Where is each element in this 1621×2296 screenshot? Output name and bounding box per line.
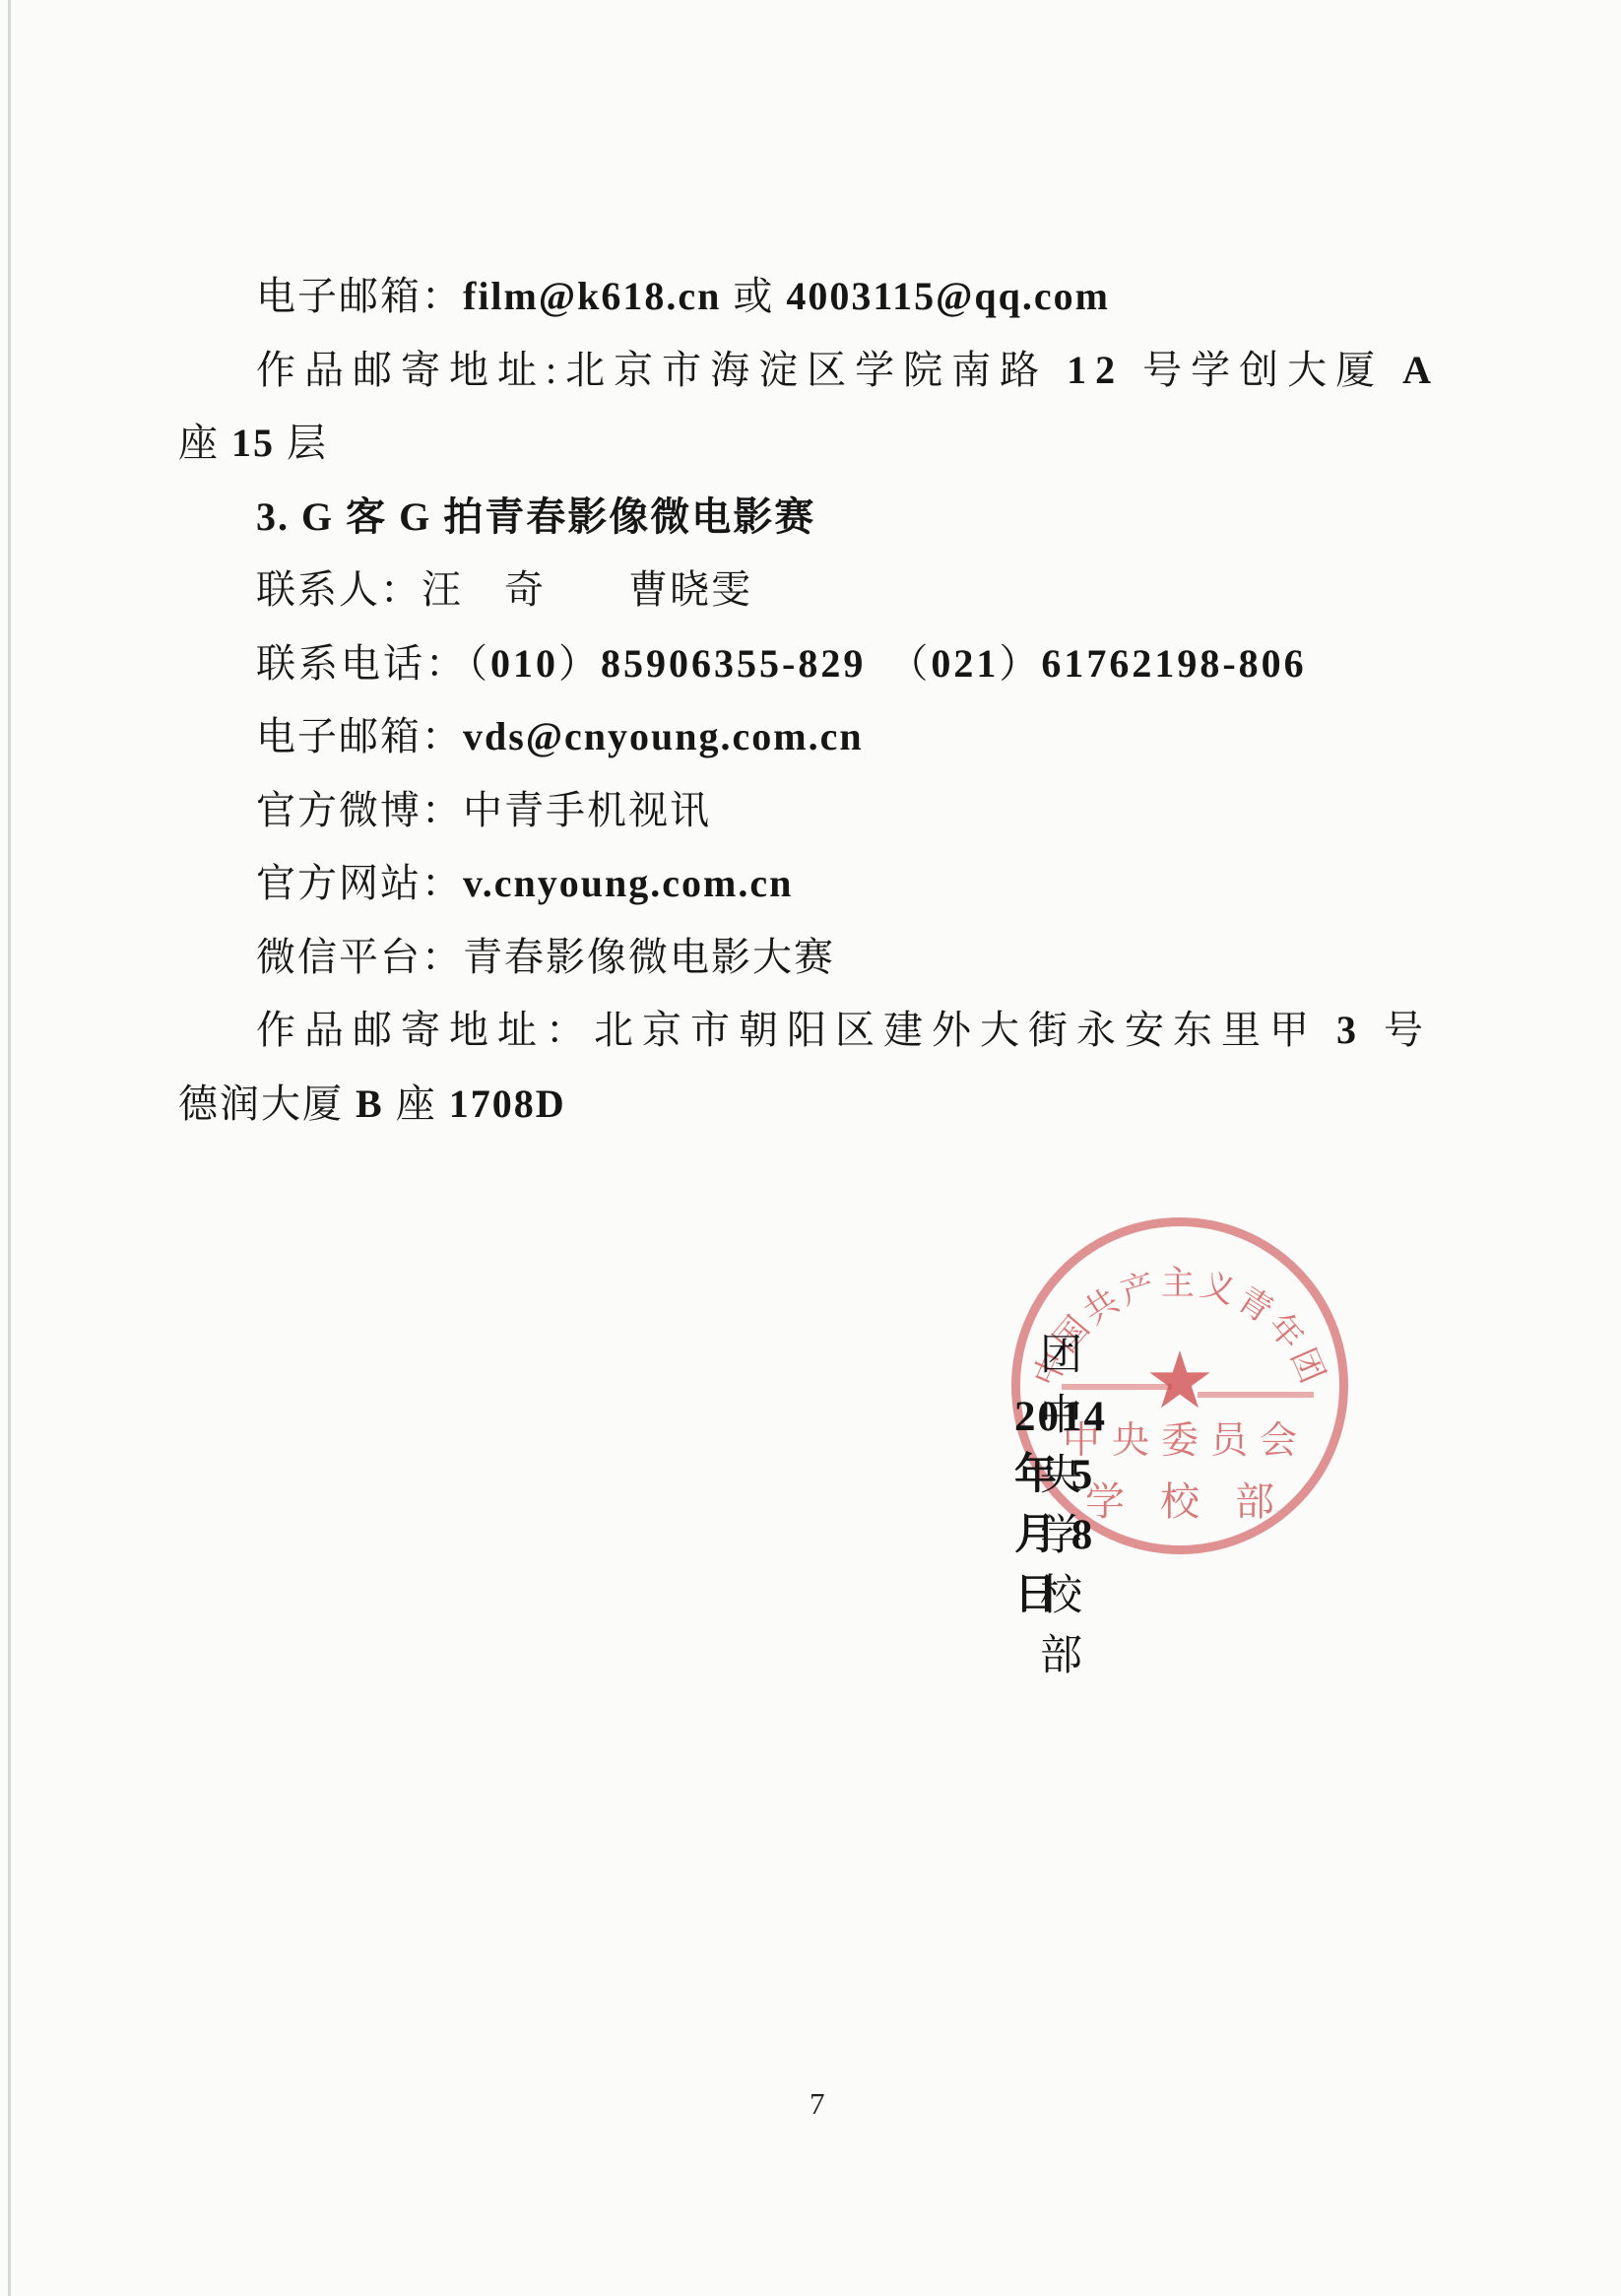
text-segment: 85906355-829 [601, 641, 866, 686]
text-segment: 61762198-806 [1041, 641, 1306, 686]
text-segment: 3. G 客 G 拍青春影像微电影赛 [256, 494, 815, 539]
text-line: 德润大厦 B 座 1708D [178, 1068, 1457, 1142]
text-segment: 微信平台：青春影像微电影大赛 [256, 935, 835, 979]
text-line: 作品邮寄地址：北京市朝阳区建外大街永安东里甲 3 号 [178, 994, 1457, 1068]
page-number: 7 [810, 2086, 825, 2122]
text-segment: A [1402, 348, 1440, 392]
text-segment: 联系电话：（ [256, 641, 490, 686]
text-segment: 层 [275, 421, 328, 465]
text-segment: （ [866, 641, 931, 686]
text-segment: 号学创大厦 [1124, 348, 1402, 392]
text-segment: 12 [1067, 348, 1124, 392]
text-line: 联系人：汪 奇 曹晓雯 [178, 554, 1457, 627]
document-page: 电子邮箱：film@k618.cn 或 4003115@qq.com作品邮寄地址… [0, 0, 1621, 2296]
text-segment: 电子邮箱： [256, 714, 463, 758]
text-line: 电子邮箱：vds@cnyoung.com.cn [178, 700, 1457, 774]
text-segment: v.cnyoung.com.cn [463, 861, 793, 905]
section-heading: 3. G 客 G 拍青春影像微电影赛 [178, 481, 1457, 555]
document-body: 电子邮箱：film@k618.cn 或 4003115@qq.com作品邮寄地址… [178, 260, 1457, 1141]
text-segment: 联系人：汪 奇 曹晓雯 [256, 567, 752, 612]
text-segment: 电子邮箱： [256, 274, 463, 318]
text-segment: ） [558, 641, 601, 686]
text-segment: 作品邮寄地址:北京市海淀区学院南路 [256, 348, 1067, 392]
text-segment: 作品邮寄地址：北京市朝阳区建外大街永安东里甲 [256, 1008, 1336, 1052]
text-line: 微信平台：青春影像微电影大赛 [178, 921, 1457, 995]
text-segment: 4003115@qq.com [786, 274, 1110, 318]
seal-mark [1198, 1392, 1314, 1398]
text-line: 电子邮箱：film@k618.cn 或 4003115@qq.com [178, 260, 1457, 334]
text-segment: 座 [178, 421, 231, 465]
text-line: 官方网站：v.cnyoung.com.cn [178, 847, 1457, 921]
text-line: 座 15 层 [178, 407, 1457, 481]
text-segment: 1708D [449, 1082, 566, 1126]
text-segment: ） [999, 641, 1041, 686]
text-line: 联系电话：（010）85906355-829 （021）61762198-806 [178, 627, 1457, 701]
text-segment: 官方网站： [256, 861, 463, 905]
text-segment: 010 [490, 641, 558, 686]
text-segment: 021 [931, 641, 999, 686]
text-segment: 15 [231, 421, 275, 465]
text-line: 作品邮寄地址:北京市海淀区学院南路 12 号学创大厦 A [178, 334, 1457, 408]
text-segment: 或 [721, 274, 786, 318]
text-segment: 号 [1365, 1008, 1432, 1052]
text-segment: 3 [1336, 1008, 1365, 1052]
scan-edge-artifact [8, 0, 11, 2296]
text-segment: 官方微博：中青手机视讯 [256, 788, 711, 832]
text-line: 官方微博：中青手机视讯 [178, 774, 1457, 848]
text-segment: B [356, 1082, 384, 1126]
text-segment: 德润大厦 [178, 1082, 356, 1126]
text-segment: film@k618.cn [463, 274, 721, 318]
text-segment: 座 [384, 1082, 449, 1126]
text-segment: vds@cnyoung.com.cn [463, 714, 864, 758]
issue-date: 2014 年 5 月 8 日 [1014, 1393, 1107, 1621]
